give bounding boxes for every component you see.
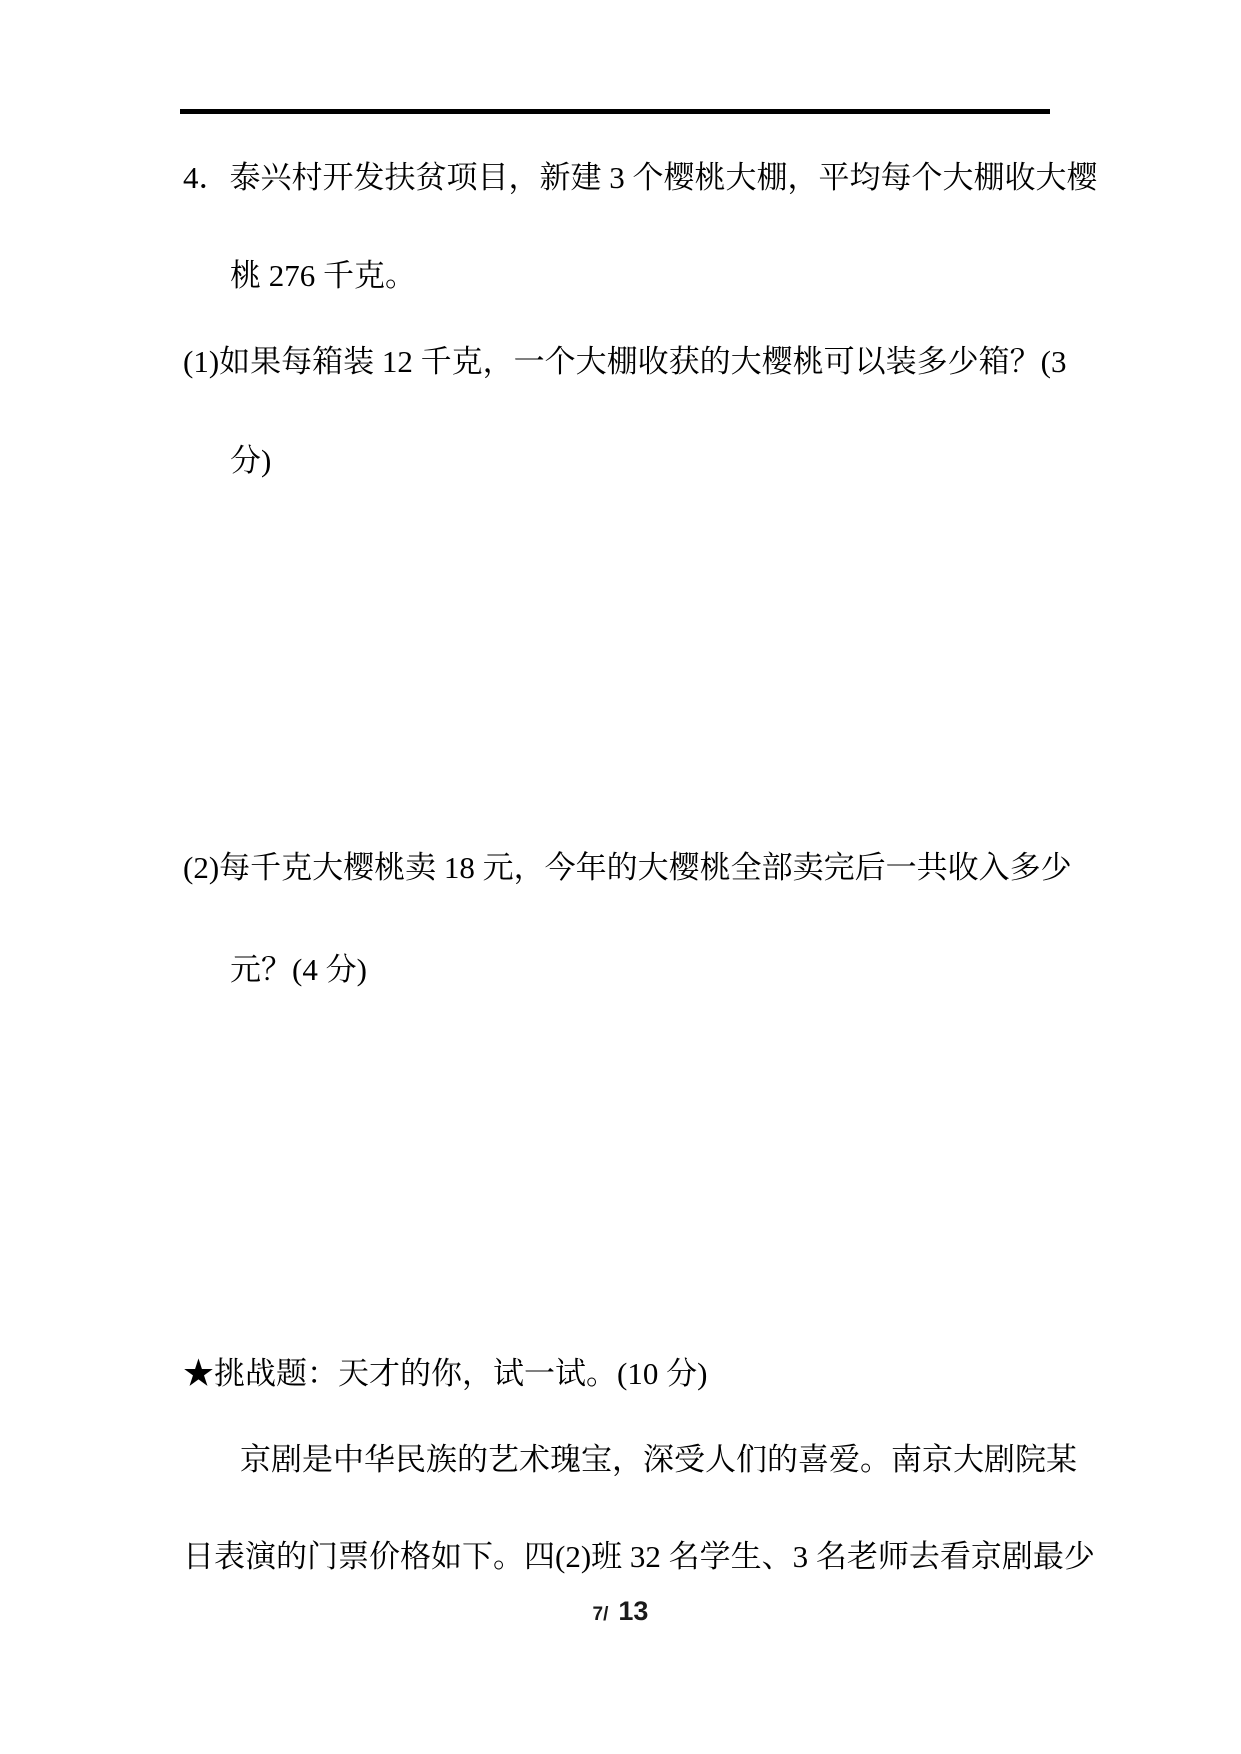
question-4-stem-line-2: 桃 276 千克。 (230, 256, 416, 296)
question-4-stem-line-1: 4．泰兴村开发扶贫项目，新建 3 个樱桃大棚，平均每个大棚收大樱 (183, 158, 1098, 198)
page-number-current: 7/ (593, 1604, 609, 1625)
question-4-part-1-line-1: (1)如果每箱装 12 千克，一个大棚收获的大樱桃可以装多少箱？(3 (183, 342, 1066, 382)
challenge-question-heading: ★挑战题：天才的你，试一试。(10 分) (183, 1354, 707, 1394)
question-4-part-1-line-2: 分) (230, 441, 271, 481)
question-4-part-2-line-1: (2)每千克大樱桃卖 18 元，今年的大樱桃全部卖完后一共收入多少 (183, 848, 1072, 888)
challenge-question-body-line-1: 京剧是中华民族的艺术瑰宝，深受人们的喜爱。南京大剧院某 (240, 1440, 1077, 1480)
challenge-question-body-line-2: 日表演的门票价格如下。四(2)班 32 名学生、3 名老师去看京剧最少 (183, 1537, 1095, 1577)
question-4-part-2-line-2: 元？(4 分) (230, 950, 367, 990)
exam-document-page: 4．泰兴村开发扶贫项目，新建 3 个樱桃大棚，平均每个大棚收大樱 桃 276 千… (0, 0, 1241, 1754)
page-footer: 7/13 (0, 1596, 1241, 1627)
header-divider (180, 109, 1050, 114)
page-number-total: 13 (618, 1596, 648, 1626)
